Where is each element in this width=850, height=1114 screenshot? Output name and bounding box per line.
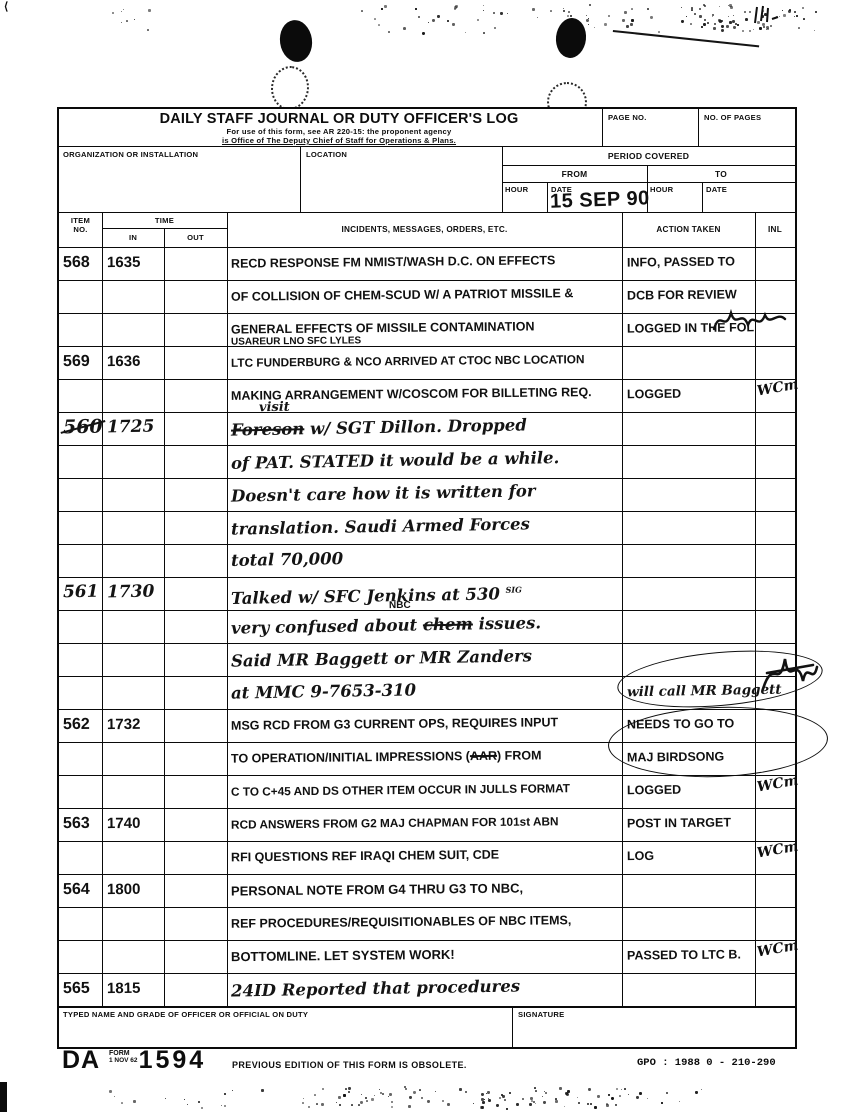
scan-noise-speck bbox=[509, 1092, 511, 1094]
scan-noise-speck bbox=[631, 19, 634, 22]
time-in: 1636 bbox=[107, 346, 141, 377]
scan-noise-speck bbox=[488, 1099, 491, 1102]
scan-noise-speck bbox=[626, 25, 629, 28]
scan-noise-speck bbox=[694, 13, 696, 15]
incident-text: OF COLLISION OF CHEM-SCUD W/ A PATRIOT M… bbox=[231, 278, 574, 313]
incident-text: translation. Saudi Armed Forces bbox=[231, 508, 530, 544]
scan-noise-speck bbox=[782, 10, 783, 11]
scan-noise-speck bbox=[535, 1090, 537, 1092]
scan-noise-speck bbox=[761, 15, 764, 18]
scan-noise-speck bbox=[360, 1101, 363, 1104]
from-label: FROM bbox=[502, 169, 647, 179]
scan-noise-speck bbox=[542, 1096, 543, 1097]
scan-noise-speck bbox=[608, 1094, 610, 1096]
gpo-note: GPO : 1988 0 - 210-290 bbox=[637, 1057, 776, 1069]
incident-text: RCD ANSWERS FROM G2 MAJ CHAPMAN FOR 101s… bbox=[231, 806, 559, 840]
scan-noise-speck bbox=[500, 12, 503, 15]
struck-word: Foreson bbox=[231, 419, 305, 439]
signature-label: SIGNATURE bbox=[518, 1010, 564, 1019]
form-title-block: DAILY STAFF JOURNAL OR DUTY OFFICER'S LO… bbox=[119, 111, 559, 145]
scan-noise-speck bbox=[568, 11, 570, 13]
scan-noise-speck bbox=[647, 8, 649, 10]
scan-noise-speck bbox=[447, 20, 449, 22]
da-text: DA bbox=[62, 1046, 100, 1074]
col-item-line1: ITEM bbox=[71, 216, 90, 225]
log-row-560-4: translation. Saudi Armed Forces bbox=[59, 511, 795, 545]
scanned-page: { "colors": {"ink": "#111111", "paper": … bbox=[0, 0, 850, 1114]
scan-noise-speck bbox=[794, 16, 795, 17]
log-row-561-1: 561 1730 Talked w/ SFC Jenkins at 530 SI… bbox=[59, 577, 795, 611]
scan-noise-speck bbox=[502, 1095, 505, 1098]
scan-noise-speck bbox=[695, 1091, 698, 1094]
scan-noise-speck bbox=[361, 10, 363, 12]
scan-noise-speck bbox=[134, 19, 135, 20]
scan-noise-speck bbox=[121, 22, 122, 23]
scan-noise-speck bbox=[567, 1090, 570, 1093]
scan-noise-speck bbox=[432, 19, 435, 22]
scan-noise-speck bbox=[745, 18, 748, 21]
time-in: 1635 bbox=[107, 247, 141, 278]
location-label: LOCATION bbox=[306, 150, 347, 159]
incident-text: of PAT. STATED it would be a while. bbox=[231, 442, 560, 479]
scan-noise-speck bbox=[555, 1100, 558, 1103]
scan-noise-speck bbox=[483, 5, 484, 6]
scan-noise-speck bbox=[148, 9, 151, 12]
log-row-568-2: OF COLLISION OF CHEM-SCUD W/ A PATRIOT M… bbox=[59, 280, 795, 314]
scan-noise-speck bbox=[606, 1104, 609, 1107]
page-no-label: PAGE NO. bbox=[608, 113, 647, 122]
log-row-560-5: total 70,000 bbox=[59, 544, 795, 578]
scan-noise-speck bbox=[516, 1103, 519, 1106]
scan-noise-speck bbox=[201, 1107, 203, 1109]
scan-noise-speck bbox=[597, 1095, 600, 1098]
scan-noise-speck bbox=[413, 1091, 416, 1094]
scan-noise-speck bbox=[465, 1091, 467, 1093]
scan-noise-speck bbox=[798, 27, 800, 29]
scan-noise-speck bbox=[733, 15, 734, 16]
hour-label-to: HOUR bbox=[650, 185, 673, 194]
scan-noise-speck bbox=[543, 1101, 546, 1104]
scan-noise-speck bbox=[701, 1089, 702, 1090]
scan-noise-speck bbox=[563, 8, 564, 9]
scan-noise-speck bbox=[184, 1099, 185, 1100]
period-covered-label: PERIOD COVERED bbox=[502, 151, 795, 161]
scan-noise-speck bbox=[348, 1087, 351, 1090]
scan-noise-speck bbox=[567, 15, 569, 17]
scan-noise-speck bbox=[587, 1103, 589, 1105]
item-no: 568 bbox=[63, 247, 90, 278]
scan-noise-speck bbox=[721, 25, 724, 28]
item-no: 560 bbox=[63, 412, 103, 444]
scan-noise-speck bbox=[691, 9, 693, 11]
log-row-560-2: of PAT. STATED it would be a while. bbox=[59, 445, 795, 479]
initials: WCm bbox=[755, 370, 801, 408]
scan-noise-speck bbox=[378, 24, 380, 26]
scan-noise-speck bbox=[147, 29, 149, 31]
incident-text: RECD RESPONSE FM NMIST/WASH D.C. ON EFFE… bbox=[231, 245, 556, 279]
incident-text: REF PROCEDURES/REQUISITIONABLES OF NBC I… bbox=[231, 905, 572, 940]
to-label: TO bbox=[647, 169, 795, 179]
time-in: 1800 bbox=[107, 874, 141, 905]
scan-noise-speck bbox=[586, 15, 587, 16]
scan-noise-speck bbox=[577, 1097, 578, 1098]
incident-pre: TO OPERATION/INITIAL IMPRESSIONS ( bbox=[231, 749, 470, 766]
scan-noise-speck bbox=[559, 1087, 562, 1090]
incident-text: RFI QUESTIONS REF IRAQI CHEM SUIT, CDE bbox=[231, 840, 499, 874]
col-time-label: TIME bbox=[102, 216, 227, 225]
scan-noise-speck bbox=[484, 1099, 485, 1100]
incident-text: very confused about chem issues. bbox=[231, 607, 542, 643]
scan-noise-speck bbox=[339, 1104, 341, 1106]
action-text: INFO, PASSED TO bbox=[627, 246, 735, 278]
scan-noise-speck bbox=[628, 1094, 629, 1095]
scan-noise-speck bbox=[555, 1098, 557, 1100]
scan-noise-speck bbox=[586, 19, 589, 22]
scan-noise-speck bbox=[488, 1098, 489, 1099]
scan-noise-speck bbox=[650, 16, 653, 19]
scan-noise-speck bbox=[707, 22, 709, 24]
scan-noise-speck bbox=[636, 1096, 639, 1099]
scan-noise-speck bbox=[504, 1099, 506, 1101]
item-no: 564 bbox=[63, 874, 90, 905]
scan-noise-speck bbox=[794, 11, 796, 13]
organization-label: ORGANIZATION OR INSTALLATION bbox=[63, 150, 198, 159]
scan-noise-speck bbox=[545, 1092, 547, 1094]
scan-noise-speck bbox=[534, 1087, 536, 1089]
scan-noise-speck bbox=[493, 12, 495, 14]
time-in: 1725 bbox=[107, 412, 155, 444]
incident-text: Foreson w/ SGT Dillon. Dropped bbox=[231, 409, 527, 445]
item-no: 565 bbox=[63, 973, 90, 1004]
scan-noise-speck bbox=[624, 11, 627, 14]
incident-text: PERSONAL NOTE FROM G4 THRU G3 TO NBC, bbox=[231, 872, 523, 906]
scan-noise-speck bbox=[721, 29, 724, 32]
scan-noise-speck bbox=[408, 1105, 411, 1108]
da-form-1594: DAILY STAFF JOURNAL OR DUTY OFFICER'S LO… bbox=[57, 107, 797, 1049]
scan-noise-speck bbox=[630, 23, 633, 26]
scan-noise-speck bbox=[121, 11, 122, 12]
scan-noise-speck bbox=[358, 1104, 360, 1106]
scan-noise-speck bbox=[415, 8, 417, 10]
col-item-line2: NO. bbox=[73, 225, 87, 234]
scribble-initials-mark bbox=[711, 305, 789, 337]
log-row-568-3: GENERAL EFFECTS OF MISSILE CONTAMINATION… bbox=[59, 313, 795, 347]
scan-noise-speck bbox=[590, 1103, 592, 1105]
incident-text: BOTTOMLINE. LET SYSTEM WORK! bbox=[231, 939, 455, 972]
log-row-569-1: 569 1636 USAREUR LNO SFC LYLES LTC FUNDE… bbox=[59, 346, 795, 380]
date-label-to: DATE bbox=[706, 185, 727, 194]
log-row-560-3: Doesn't care how it is written for bbox=[59, 478, 795, 512]
incident-text: total 70,000 bbox=[231, 543, 344, 576]
time-in: 1815 bbox=[107, 973, 141, 1004]
scan-noise-speck bbox=[428, 22, 429, 23]
scan-noise-speck bbox=[608, 15, 610, 17]
scan-noise-speck bbox=[126, 20, 128, 22]
scan-noise-speck bbox=[533, 1101, 535, 1103]
scan-noise-speck bbox=[802, 7, 804, 9]
scan-noise-speck bbox=[473, 1103, 474, 1104]
scan-noise-speck bbox=[704, 19, 706, 21]
action-text: LOGGED bbox=[627, 775, 681, 807]
struck-word: AAR bbox=[470, 749, 497, 763]
scan-noise-speck bbox=[578, 1102, 580, 1104]
punch-hole-mark bbox=[554, 17, 588, 60]
incident-text: Said MR Baggett or MR Zanders bbox=[231, 640, 532, 676]
incident-main: Talked w/ SFC Jenkins at 530 bbox=[231, 584, 500, 608]
scan-noise-speck bbox=[224, 1105, 226, 1107]
scan-noise-speck bbox=[351, 1104, 353, 1106]
log-row-563-2: RFI QUESTIONS REF IRAQI CHEM SUIT, CDE L… bbox=[59, 841, 795, 875]
scan-noise-speck bbox=[348, 1091, 350, 1093]
scan-noise-speck bbox=[374, 1095, 375, 1096]
edge-mark bbox=[0, 1082, 7, 1112]
scan-noise-speck bbox=[427, 1100, 430, 1103]
log-row-564-2: REF PROCEDURES/REQUISITIONABLES OF NBC I… bbox=[59, 907, 795, 941]
scan-noise-speck bbox=[742, 30, 744, 32]
scan-noise-speck bbox=[588, 24, 589, 25]
scan-noise-speck bbox=[535, 1103, 536, 1104]
scan-noise-speck bbox=[403, 27, 406, 30]
action-text: PASSED TO LTC B. bbox=[627, 939, 741, 971]
scan-noise-speck bbox=[388, 31, 390, 33]
action-text: LOG bbox=[627, 841, 654, 872]
log-row-564-1: 564 1800 PERSONAL NOTE FROM G4 THRU G3 T… bbox=[59, 874, 795, 908]
scan-noise-speck bbox=[550, 10, 552, 12]
scan-noise-speck bbox=[409, 1096, 412, 1099]
incident-text: 24ID Reported that procedures bbox=[231, 970, 521, 1006]
incident-text: C TO C+45 AND DS OTHER ITEM OCCUR IN JUL… bbox=[231, 773, 570, 808]
scan-noise-speck bbox=[112, 12, 114, 14]
scan-noise-speck bbox=[589, 4, 591, 6]
form-date: 1 NOV 62 bbox=[109, 1057, 159, 1064]
scan-noise-speck bbox=[588, 1088, 591, 1091]
punch-hole-mark bbox=[277, 18, 315, 64]
scan-noise-speck bbox=[814, 30, 815, 31]
scan-noise-speck bbox=[366, 1100, 368, 1102]
col-out-label: OUT bbox=[164, 233, 227, 242]
log-row-562-3: C TO C+45 AND DS OTHER ITEM OCCUR IN JUL… bbox=[59, 775, 795, 809]
scan-noise-speck bbox=[757, 21, 760, 24]
scan-noise-speck bbox=[564, 1106, 565, 1107]
scan-noise-speck bbox=[435, 1091, 436, 1092]
scan-noise-speck bbox=[570, 15, 572, 17]
scan-noise-speck bbox=[699, 8, 701, 10]
scan-noise-speck bbox=[483, 10, 484, 11]
scan-noise-speck bbox=[382, 1093, 384, 1095]
scan-noise-speck bbox=[224, 1093, 226, 1095]
scan-noise-speck bbox=[165, 1098, 166, 1099]
scan-noise-speck bbox=[232, 1090, 233, 1091]
scan-noise-speck bbox=[494, 27, 496, 29]
form-word: FORM bbox=[109, 1050, 159, 1057]
item-no: 561 bbox=[63, 577, 99, 609]
hour-label-from: HOUR bbox=[505, 185, 528, 194]
scan-noise-speck bbox=[703, 23, 706, 26]
scan-noise-speck bbox=[631, 8, 633, 10]
log-row-563-1: 563 1740 RCD ANSWERS FROM G2 MAJ CHAPMAN… bbox=[59, 808, 795, 842]
scan-noise-speck bbox=[345, 1088, 347, 1090]
scan-noise-speck bbox=[477, 19, 479, 21]
scan-noise-speck bbox=[381, 8, 383, 10]
scan-noise-speck bbox=[361, 1094, 362, 1095]
scan-noise-speck bbox=[712, 16, 713, 17]
scan-noise-speck bbox=[661, 1102, 663, 1104]
incident-text: TO OPERATION/INITIAL IMPRESSIONS (AAR) F… bbox=[231, 740, 542, 774]
scan-noise-speck bbox=[733, 26, 736, 29]
scan-noise-speck bbox=[371, 1098, 374, 1101]
scan-noise-speck bbox=[594, 1106, 597, 1109]
scan-noise-speck bbox=[499, 1097, 501, 1099]
scan-noise-speck bbox=[507, 13, 508, 14]
scan-noise-speck bbox=[658, 31, 660, 33]
log-row-568-1: 568 1635 RECD RESPONSE FM NMIST/WASH D.C… bbox=[59, 247, 795, 281]
scribble-signature-mark bbox=[759, 651, 819, 695]
col-incidents-label: INCIDENTS, MESSAGES, ORDERS, ETC. bbox=[227, 225, 622, 234]
scan-noise-speck bbox=[815, 11, 817, 13]
item-no: 569 bbox=[63, 346, 90, 377]
scan-noise-speck bbox=[133, 1100, 136, 1103]
action-text: LOGGED bbox=[627, 379, 681, 411]
scan-noise-speck bbox=[690, 23, 692, 25]
inserted-note: visit bbox=[259, 403, 290, 414]
scan-noise-speck bbox=[726, 25, 729, 28]
scan-noise-speck bbox=[737, 24, 739, 26]
scan-noise-speck bbox=[343, 1094, 346, 1097]
scan-noise-speck bbox=[729, 4, 732, 7]
scan-noise-speck bbox=[721, 20, 723, 22]
incident-post: issues. bbox=[473, 613, 541, 633]
stamp-ring-mark bbox=[269, 64, 311, 112]
scan-noise-speck bbox=[442, 1100, 444, 1102]
log-row-561-2: very confused about chem issues. NBC bbox=[59, 610, 795, 644]
scan-noise-speck bbox=[391, 1101, 393, 1103]
incident-pre: very confused about bbox=[231, 615, 423, 637]
time-in: 1740 bbox=[107, 808, 141, 839]
scan-noise-speck bbox=[321, 1103, 324, 1106]
scan-noise-speck bbox=[123, 9, 124, 10]
scan-noise-speck bbox=[455, 5, 458, 8]
scan-noise-speck bbox=[303, 1098, 304, 1099]
scan-noise-speck bbox=[744, 11, 746, 13]
struck-word: chem bbox=[423, 614, 473, 634]
scan-noise-speck bbox=[803, 18, 805, 20]
corner-mark: ⟨ bbox=[4, 0, 8, 13]
scan-noise-speck bbox=[405, 1088, 407, 1090]
scan-noise-speck bbox=[487, 1091, 490, 1094]
scan-noise-speck bbox=[611, 1097, 614, 1100]
scan-noise-speck bbox=[681, 7, 682, 8]
scan-noise-speck bbox=[480, 1106, 483, 1109]
obsolete-note: PREVIOUS EDITION OF THIS FORM IS OBSOLET… bbox=[232, 1060, 467, 1070]
scan-noise-speck bbox=[121, 1102, 123, 1104]
scan-noise-speck bbox=[719, 6, 720, 7]
scan-noise-speck bbox=[308, 1106, 310, 1108]
scan-noise-speck bbox=[198, 1101, 200, 1103]
scan-noise-speck bbox=[316, 1103, 318, 1105]
scan-noise-speck bbox=[749, 30, 751, 32]
form-id-block: DA FORM 1 NOV 62 1594 bbox=[62, 1046, 206, 1075]
scan-noise-speck bbox=[338, 1096, 341, 1099]
initials: WCm bbox=[755, 832, 801, 870]
scan-noise-speck bbox=[679, 1101, 680, 1102]
col-item-label: ITEM NO. bbox=[59, 216, 102, 234]
col-in-label: IN bbox=[102, 233, 164, 242]
scan-noise-speck bbox=[388, 1096, 389, 1097]
no-of-pages-label: NO. OF PAGES bbox=[704, 113, 761, 122]
scan-noise-speck bbox=[379, 1089, 380, 1090]
scan-noise-speck bbox=[365, 1097, 367, 1099]
scan-noise-speck bbox=[753, 29, 754, 30]
scan-noise-speck bbox=[594, 27, 595, 28]
scan-noise-speck bbox=[714, 23, 716, 25]
scan-noise-speck bbox=[621, 1089, 622, 1090]
scan-noise-speck bbox=[481, 1093, 484, 1096]
scan-noise-speck bbox=[465, 32, 466, 33]
scan-noise-speck bbox=[114, 1096, 115, 1097]
scan-noise-speck bbox=[187, 1104, 188, 1105]
log-row-565-1: 565 1815 24ID Reported that procedures bbox=[59, 973, 795, 1008]
scan-noise-speck bbox=[221, 1105, 222, 1106]
incident-post: ) FROM bbox=[497, 748, 542, 762]
scan-noise-speck bbox=[391, 1106, 393, 1108]
scan-noise-speck bbox=[437, 15, 440, 18]
item-no: 562 bbox=[63, 709, 90, 740]
incident-text: LTC FUNDERBURG & NCO ARRIVED AT CTOC NBC… bbox=[231, 344, 585, 379]
col-inl-label: INL bbox=[755, 225, 795, 234]
scan-noise-speck bbox=[622, 19, 625, 22]
typed-name-label: TYPED NAME AND GRADE OF OFFICER OR OFFIC… bbox=[63, 1010, 308, 1019]
scan-noise-speck bbox=[647, 1098, 648, 1099]
scan-noise-speck bbox=[109, 1090, 112, 1093]
scan-noise-speck bbox=[384, 5, 387, 8]
scan-noise-speck bbox=[729, 21, 732, 24]
scan-noise-speck bbox=[459, 1088, 462, 1091]
scan-noise-speck bbox=[422, 32, 425, 35]
scan-noise-speck bbox=[699, 15, 702, 18]
scan-noise-speck bbox=[616, 1088, 618, 1090]
scan-noise-speck bbox=[322, 1088, 324, 1090]
scan-noise-speck bbox=[615, 1104, 617, 1106]
scan-noise-speck bbox=[506, 1108, 508, 1110]
scan-noise-speck bbox=[389, 1093, 392, 1096]
scan-noise-speck bbox=[419, 1089, 421, 1091]
scan-noise-speck bbox=[261, 1089, 264, 1092]
scan-noise-speck bbox=[532, 8, 535, 11]
scan-noise-speck bbox=[701, 26, 703, 28]
scan-noise-speck bbox=[666, 1092, 668, 1094]
incident-rest: w/ SGT Dillon. Dropped bbox=[304, 415, 527, 438]
scan-noise-speck bbox=[522, 1098, 524, 1100]
form-title: DAILY STAFF JOURNAL OR DUTY OFFICER'S LO… bbox=[119, 111, 559, 127]
scan-noise-speck bbox=[314, 1094, 316, 1096]
scan-noise-speck bbox=[529, 1103, 532, 1106]
scan-noise-speck bbox=[302, 1102, 304, 1104]
form-subtitle-2: is Office of The Deputy Chief of Staff f… bbox=[119, 136, 559, 145]
superscript: SIG bbox=[505, 584, 522, 594]
scan-noise-speck bbox=[604, 23, 607, 26]
scan-noise-speck bbox=[759, 27, 762, 30]
scan-noise-speck bbox=[766, 26, 769, 29]
scan-noise-speck bbox=[749, 11, 751, 13]
scan-noise-speck bbox=[336, 1102, 337, 1103]
scan-noise-speck bbox=[728, 16, 729, 17]
scan-noise-speck bbox=[681, 20, 684, 23]
form-edition-block: FORM 1 NOV 62 bbox=[109, 1050, 159, 1064]
scan-noise-speck bbox=[482, 1101, 485, 1104]
scan-noise-speck bbox=[703, 4, 705, 6]
initials: WCm bbox=[755, 931, 801, 969]
scan-noise-speck bbox=[788, 10, 791, 13]
